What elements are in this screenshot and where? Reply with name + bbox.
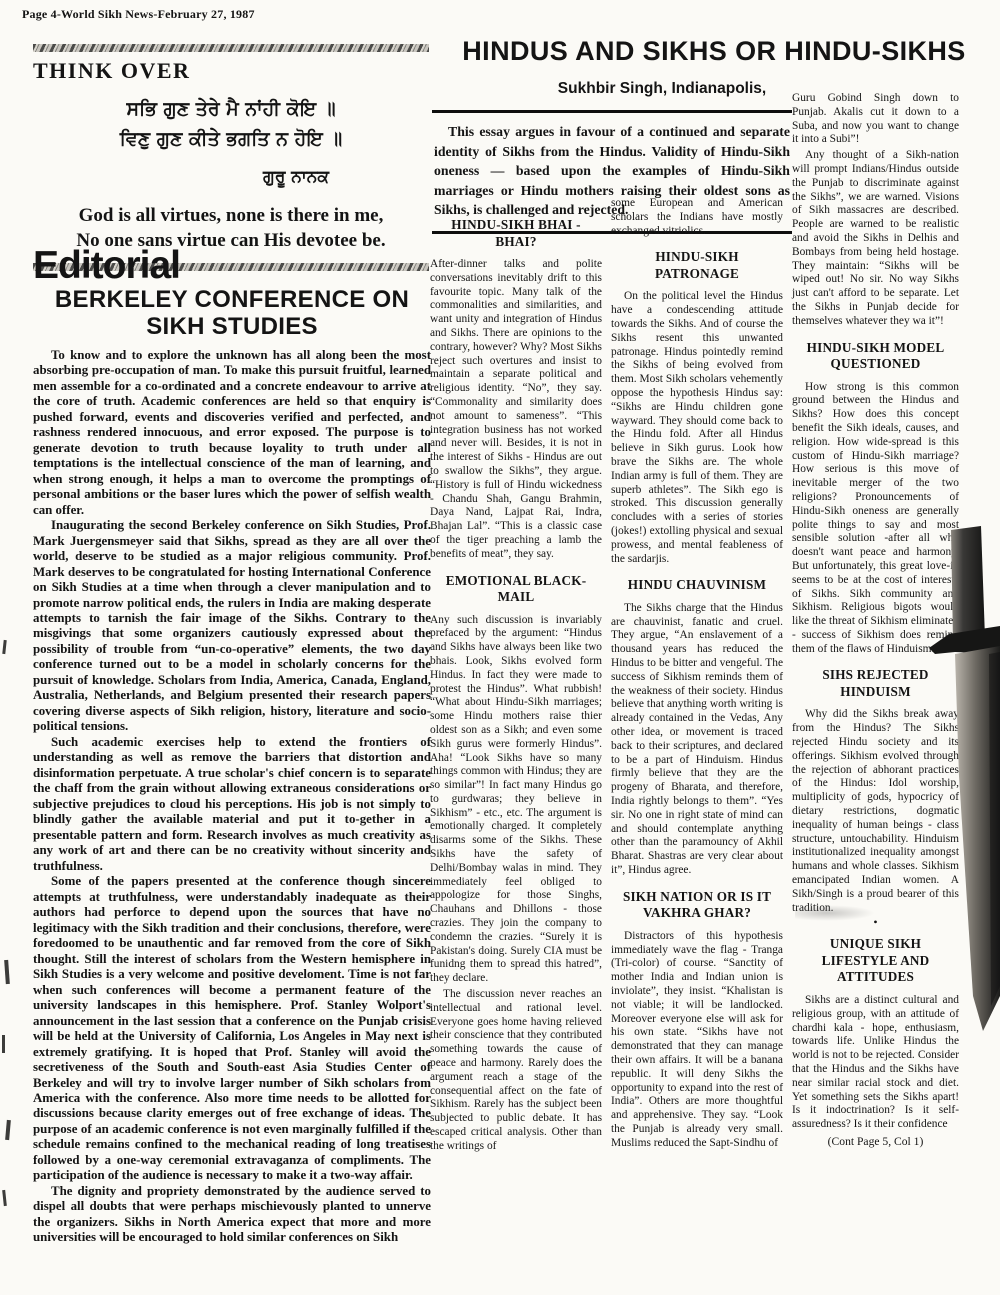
- editorial-paragraph: Inaugurating the second Berkeley confere…: [33, 518, 431, 735]
- article-paragraph: The Sikhs charge that the Hindus are cha…: [611, 602, 783, 878]
- editorial-body: To know and to explore the unknown has a…: [33, 348, 431, 1246]
- think-over-title: THINK OVER: [33, 58, 429, 84]
- couplet-line-1: God is all virtues, none is there in me,: [33, 203, 429, 229]
- section-heading-hindu-chauvinism: HINDU CHAUVINISM: [615, 577, 779, 594]
- scan-smudge: [795, 905, 875, 921]
- continuation-note: (Cont Page 5, Col 1): [792, 1135, 959, 1149]
- article-column-1: HINDU-SIKH BHAI - BHAI? After-dinner tal…: [430, 206, 602, 1156]
- editorial-paragraph: Some of the papers presented at the conf…: [33, 874, 431, 1184]
- editorial-section: Editorial BERKELEY CONFERENCE ON SIKH ST…: [33, 246, 431, 1246]
- editorial-paragraph: To know and to explore the unknown has a…: [33, 348, 431, 518]
- article-paragraph: Distractors of this hypothesis immediate…: [611, 930, 783, 1151]
- think-over-box: THINK OVER ਸਭਿ ਗੁਣ ਤੇਰੇ ਮੈ ਨਾਂਹੀ ਕੋਇ ॥ ਵ…: [33, 44, 429, 271]
- article-column-2: some European and American scholars the …: [611, 197, 783, 1153]
- article-paragraph: Guru Gobind Singh down to Punjab. Akalis…: [792, 92, 959, 147]
- section-heading-sikh-nation: SIKH NATION OR IS IT VAKHRA GHAR?: [615, 889, 779, 922]
- page-header: Page 4-World Sikh News-February 27, 1987: [22, 7, 255, 22]
- section-heading-hindu-sikh-patronage: HINDU-SIKH PATRONAGE: [615, 249, 779, 282]
- kirpan-sword-icon: [929, 526, 1000, 1041]
- section-heading-hindu-sikh-bhai: HINDU-SIKH BHAI - BHAI?: [434, 217, 598, 250]
- editorial-paragraph: The dignity and propriety demonstrated b…: [33, 1184, 431, 1246]
- scan-edge-mark: [2, 640, 6, 654]
- scan-edge-mark: [4, 960, 10, 984]
- verse-attribution: ਗੁਰੂ ਨਾਨਕ: [33, 167, 429, 187]
- article-headline: HINDUS AND SIKHS OR HINDU-SIKHS: [432, 36, 996, 67]
- article-paragraph: some European and American scholars the …: [611, 197, 783, 238]
- article-paragraph: The discussion never reaches an intellec…: [430, 988, 602, 1154]
- gurmukhi-verse: ਸਭਿ ਗੁਣ ਤੇਰੇ ਮੈ ਨਾਂਹੀ ਕੋਇ ॥ ਵਿਣੁ ਗੁਣ ਕੀਤ…: [33, 94, 429, 155]
- article-paragraph: Any such discussion is invariably prefac…: [430, 614, 602, 987]
- editorial-paragraph: Such academic exercises help to extend t…: [33, 735, 431, 874]
- editorial-label: Editorial: [33, 246, 431, 285]
- section-heading-hindu-sikh-model: HINDU-SIKH MODEL QUESTIONED: [796, 340, 955, 373]
- gurmukhi-line-2: ਵਿਣੁ ਗੁਣ ਕੀਤੇ ਭਗਤਿ ਨ ਹੋਇ ॥: [33, 124, 429, 154]
- gurmukhi-line-1: ਸਭਿ ਗੁਣ ਤੇਰੇ ਮੈ ਨਾਂਹੀ ਕੋਇ ॥: [33, 94, 429, 124]
- article-paragraph: After-dinner talks and polite conversati…: [430, 258, 602, 562]
- scan-edge-mark: [2, 1190, 7, 1206]
- editorial-title: BERKELEY CONFERENCE ON SIKH STUDIES: [33, 287, 431, 341]
- section-heading-emotional-blackmail: EMOTIONAL BLACK- MAIL: [434, 573, 598, 606]
- article-paragraph: On the political level the Hindus have a…: [611, 290, 783, 566]
- article-paragraph: Any thought of a Sikh-nation will prompt…: [792, 149, 959, 328]
- scan-edge-mark: [2, 1035, 5, 1053]
- ornament-rule-top: [33, 44, 429, 52]
- scan-edge-mark: [5, 1120, 11, 1140]
- newspaper-page: Page 4-World Sikh News-February 27, 1987…: [0, 0, 1000, 1295]
